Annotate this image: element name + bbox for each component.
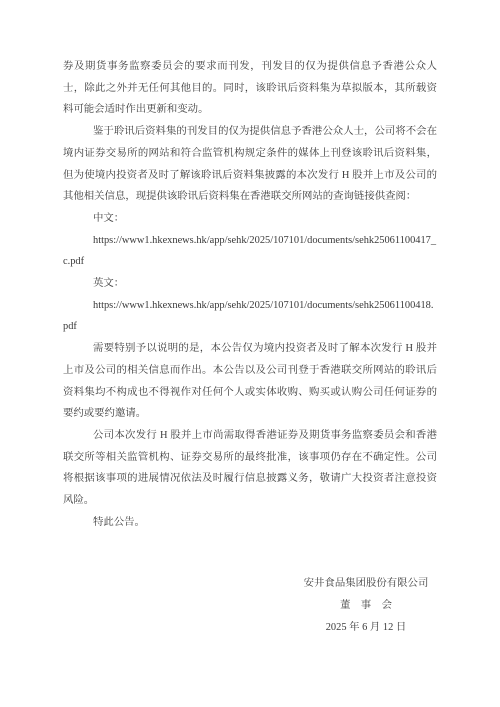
english-version-label: 英文： (63, 273, 437, 295)
document-body: 券及期货事务监察委员会的要求而刊发，刊发目的仅为提供信息予香港公众人士，除此之外… (63, 56, 437, 639)
chinese-pdf-url: https://www1.hkexnews.hk/app/sehk/2025/1… (63, 230, 437, 273)
body-paragraph: 公司本次发行 H 股并上市尚需取得香港证券及期货事务监察委员会和香港联交所等相关… (63, 425, 437, 512)
signature-block: 安井食品集团股份有限公司 董 事 会 2025 年 6 月 12 日 (286, 573, 446, 638)
chinese-version-label: 中文： (63, 208, 437, 230)
english-pdf-url: https://www1.hkexnews.hk/app/sehk/2025/1… (63, 295, 437, 338)
document-page: 券及期货事务监察委员会的要求而刊发，刊发目的仅为提供信息予香港公众人士，除此之外… (0, 0, 500, 707)
body-paragraph: 鉴于聆讯后资料集的刊发目的仅为提供信息予香港公众人士，公司将不会在境内证券交易所… (63, 121, 437, 208)
signature-board-label: 董 事 会 (286, 595, 446, 617)
body-paragraph: 需要特别予以说明的是，本公告仅为境内投资者及时了解本次发行 H 股并上市及公司的… (63, 338, 437, 425)
closing-statement: 特此公告。 (63, 512, 437, 534)
signature-date: 2025 年 6 月 12 日 (286, 617, 446, 639)
body-paragraph-continuation: 券及期货事务监察委员会的要求而刊发，刊发目的仅为提供信息予香港公众人士，除此之外… (63, 56, 437, 121)
signature-company-name: 安井食品集团股份有限公司 (286, 573, 446, 595)
